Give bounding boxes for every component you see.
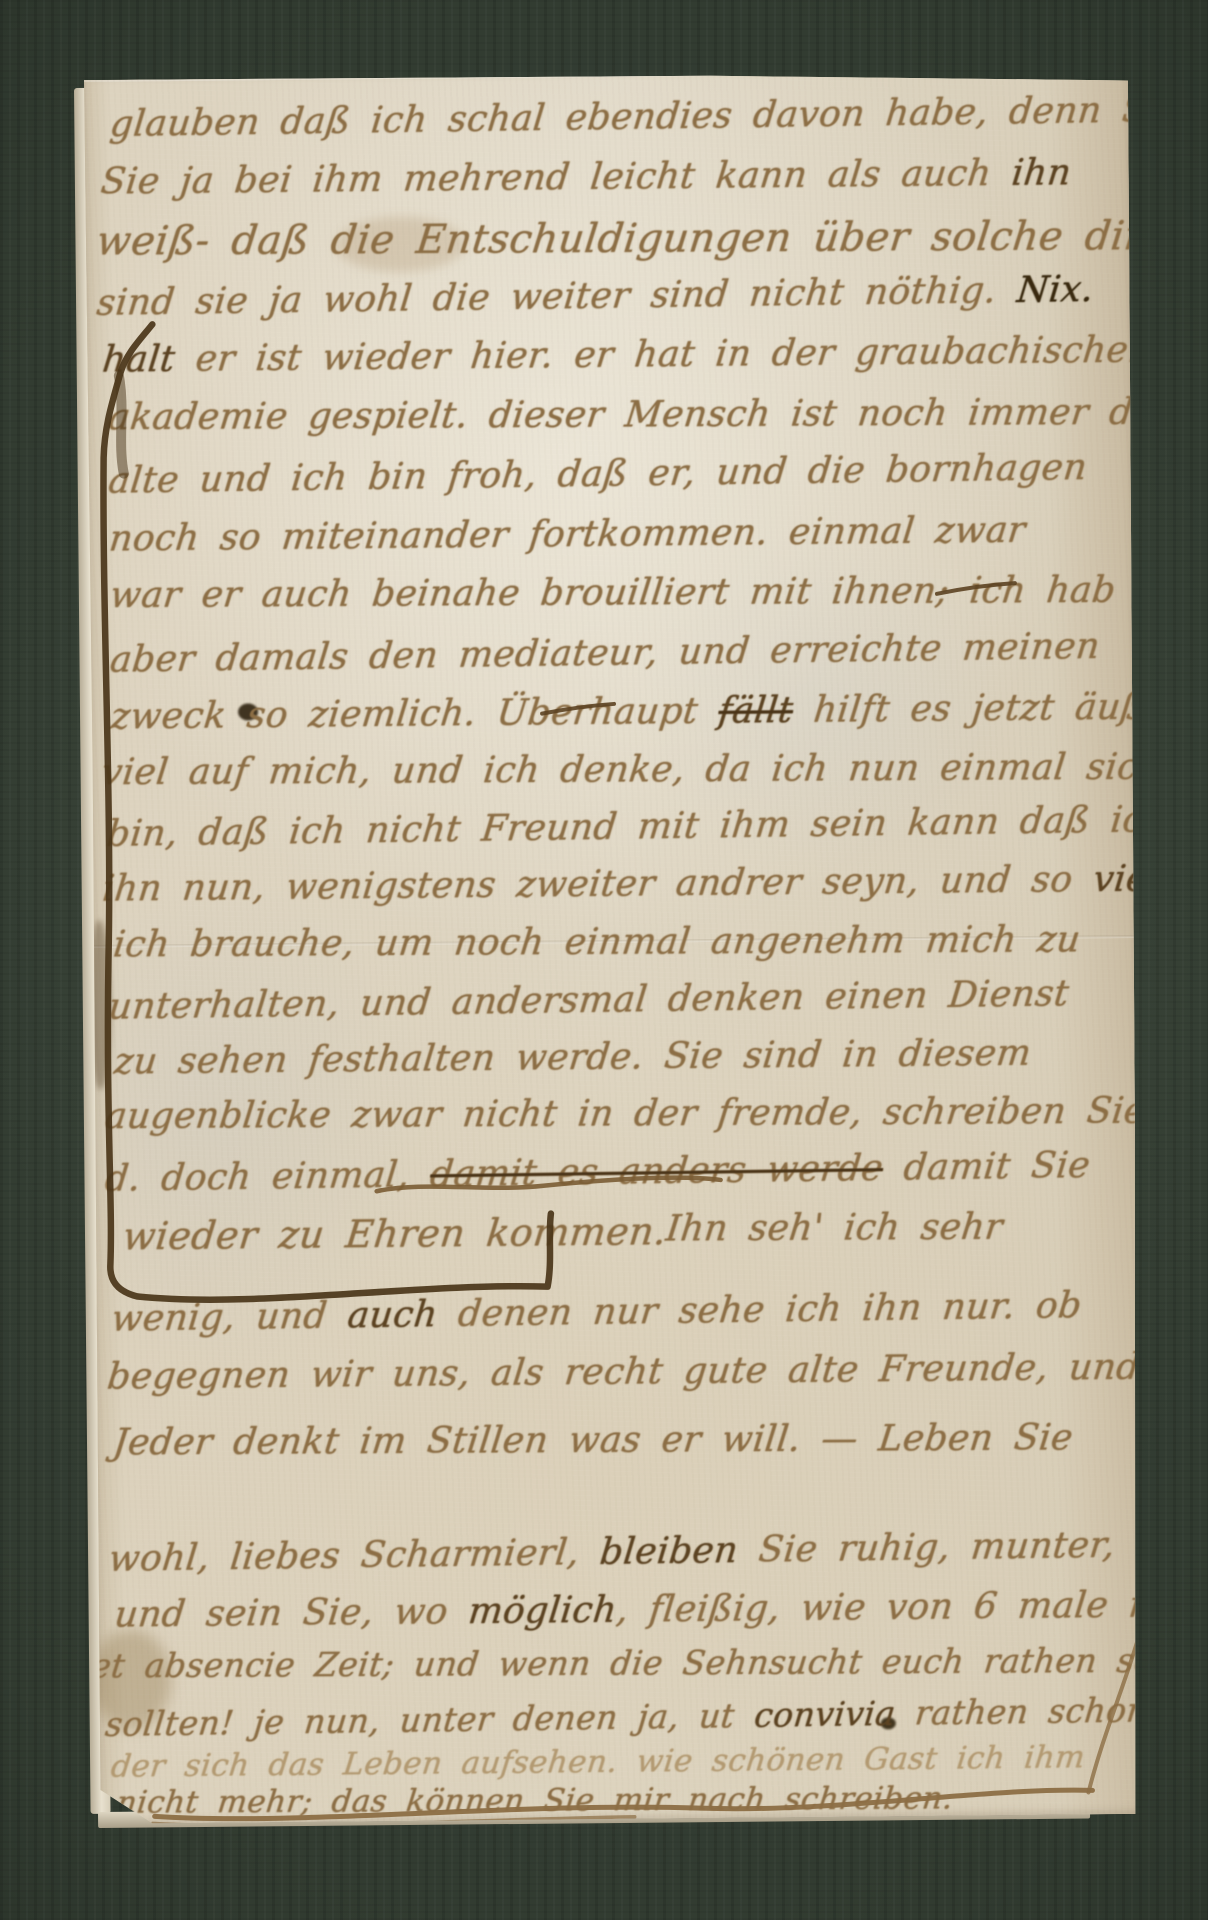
handwriting-text: wieder zu Ehren kommen. — [121, 1209, 669, 1258]
handwriting-text: akademie gespielt. dieser Mensch ist noc… — [106, 392, 1174, 439]
handwriting-text: noch so miteinander fortkommen. einmal z… — [107, 510, 1028, 560]
handwriting-text: Sie ja bei ihm mehrend leicht kann als a… — [99, 153, 1015, 203]
handwriting-text: alte und ich bin froh, daß er, und die b… — [106, 447, 1089, 502]
handwriting-text: bin, daß ich nicht Freund mit ihm sein k… — [105, 799, 1169, 855]
handwriting-text: glauben daß ich schal ebendies davon hab… — [108, 88, 1208, 145]
letter-page: glauben daß ich schal ebendies davon hab… — [84, 70, 1145, 1824]
handwriting-text: zweck so ziemlich. Überhaupt — [109, 691, 721, 738]
handwriting-line: aber damals den mediateur, und erreichte… — [108, 629, 1101, 679]
handwriting-text: ich brauche, um noch einmal angenehm mic… — [111, 920, 1082, 966]
handwriting-text: zu sehen festhalten werde. Sie sind in d… — [112, 1033, 1033, 1083]
handwriting-line: noch so miteinander fortkommen. einmal z… — [107, 513, 1027, 558]
handwriting-line: augenblicke zwar nicht in der fremde, sc… — [103, 1093, 1208, 1135]
handwriting-line: Jeder denkt im Stillen was er will. — Le… — [111, 1421, 1075, 1462]
handwriting-text: ihn — [1010, 153, 1074, 195]
handwriting-line: ihn nun, wenigstens zweiter andrer seyn,… — [101, 861, 1208, 908]
handwriting-text: viel als — [1091, 858, 1208, 900]
handwriting-text: sind sie ja wohl die weiter sind nicht n… — [95, 270, 1020, 324]
handwriting-text: , fleißig, wie von 6 male nun — [614, 1584, 1202, 1631]
handwriting-line: bin, daß ich nicht Freund mit ihm sein k… — [105, 802, 1169, 853]
handwriting-text: Nix. — [1015, 269, 1096, 311]
handwriting-line: der sich das Leben aufsehen. wie schönen… — [109, 1742, 1086, 1782]
handwriting-text: wohl, liebes Scharmierl, — [107, 1532, 603, 1580]
handwriting-text: ihn nun, wenigstens zweiter andrer seyn,… — [101, 859, 1096, 910]
handwriting-line: ich brauche, um noch einmal angenehm mic… — [111, 923, 1082, 964]
handwriting-text: und sein Sie, wo — [112, 1591, 471, 1635]
handwriting-line: und sein Sie, wo möglich, fleißig, wie v… — [113, 1587, 1202, 1633]
handwriting-text: weiß- daß die Entschuldigungen über solc… — [94, 212, 1208, 264]
handwriting-text: war er auch beinahe brouilliert mit ihne… — [108, 570, 1139, 616]
handwriting-line: nicht mehr; das können Sie mir nach schr… — [115, 1784, 955, 1819]
handwriting-line: wenig, und auch denen nur sehe ich ihn n… — [110, 1288, 1084, 1338]
handwriting-text: rathen schon — [893, 1691, 1150, 1734]
handwriting-text: der sich das Leben aufsehen. wie schönen… — [109, 1739, 1087, 1784]
handwriting-text: wenig, und — [109, 1296, 350, 1340]
handwriting-line: Ihn seh' ich sehr — [664, 1210, 1005, 1248]
handwriting-text: hilft es jetzt äußerst — [791, 686, 1208, 731]
handwriting-text: auch — [346, 1294, 440, 1336]
handwriting-line: unterhalten, und andersmal denken einen … — [107, 976, 1071, 1025]
handwriting-line: sind sie ja wohl die weiter sind nicht n… — [95, 272, 1096, 322]
handwriting-line: akademie gespielt. dieser Mensch ist noc… — [106, 395, 1174, 437]
handwriting-text: unterhalten, und andersmal denken einen … — [106, 973, 1071, 1027]
handwriting-text: aber damals den mediateur, und erreichte… — [108, 626, 1102, 681]
handwriting-line: wohl, liebes Scharmierl, bleiben Sie ruh… — [107, 1528, 1117, 1578]
photograph-of-letter: glauben daß ich schal ebendies davon hab… — [0, 0, 1208, 1920]
handwriting-text: nicht mehr; das können Sie mir nach schr… — [115, 1781, 955, 1821]
handwriting-struck-text: fällt — [716, 690, 795, 732]
handwriting-text: Ihn seh' ich sehr — [664, 1207, 1005, 1250]
handwriting-line: halt er ist wieder hier. er hat in der g… — [101, 333, 1154, 379]
handwriting-text: augenblicke zwar nicht in der fremde, sc… — [103, 1090, 1208, 1137]
handwriting-line: Sie ja bei ihm mehrend leicht kann als a… — [99, 156, 1073, 201]
handwriting-text: halt — [100, 339, 177, 381]
handwriting-text: sollten! je nun, unter denen ja, ut — [103, 1696, 756, 1744]
handwriting-struck-text: habe — [1134, 569, 1208, 611]
handwriting-line: zweck so ziemlich. Überhaupt fällt hilft… — [109, 689, 1208, 736]
handwriting-line: d. doch einmal, damit es anders werde da… — [103, 1148, 1092, 1198]
handwriting-text: bleiben — [598, 1530, 740, 1573]
handwriting-text: et absencie Zeit; und wenn die Sehnsucht… — [89, 1641, 1189, 1686]
handwriting-line: et absencie Zeit; und wenn die Sehnsucht… — [90, 1644, 1189, 1683]
handwriting-line: wieder zu Ehren kommen. — [121, 1212, 669, 1255]
handwriting-line: war er auch beinahe brouilliert mit ihne… — [108, 572, 1208, 614]
handwriting-struck-text: damit es anders werde — [428, 1148, 885, 1195]
handwriting-text: viel auf mich, und ich denke, da ich nun… — [100, 747, 1204, 794]
handwriting-text: damit Sie — [881, 1145, 1093, 1189]
handwriting-layer: glauben daß ich schal ebendies davon hab… — [84, 70, 1145, 1824]
handwriting-line: glauben daß ich schal ebendies davon hab… — [108, 91, 1208, 143]
handwriting-text: d. doch einmal, — [103, 1154, 432, 1200]
handwriting-line: zu sehen festhalten werde. Sie sind in d… — [112, 1036, 1033, 1081]
handwriting-text: möglich — [466, 1590, 619, 1632]
handwriting-text: denen nur sehe ich ihn nur. ob — [435, 1285, 1084, 1335]
handwriting-text: er ist wieder hier. er hat in der grauba… — [173, 330, 1155, 380]
handwriting-line: viel auf mich, und ich denke, da ich nun… — [100, 750, 1203, 792]
handwriting-text: convivia — [752, 1694, 897, 1735]
handwriting-text: Jeder denkt im Stillen was er will. — Le… — [111, 1418, 1075, 1464]
handwriting-line: weiß- daß die Entschuldigungen über solc… — [95, 215, 1208, 261]
handwriting-line: sollten! je nun, unter denen ja, ut conv… — [104, 1694, 1150, 1742]
handwriting-line: begegnen wir uns, als recht gute alte Fr… — [105, 1350, 1141, 1396]
handwriting-line: alte und ich bin froh, daß er, und die b… — [107, 450, 1089, 500]
handwriting-text: Sie ruhig, munter, — [736, 1525, 1118, 1571]
handwriting-text: begegnen wir uns, als recht gute alte Fr… — [105, 1347, 1142, 1398]
